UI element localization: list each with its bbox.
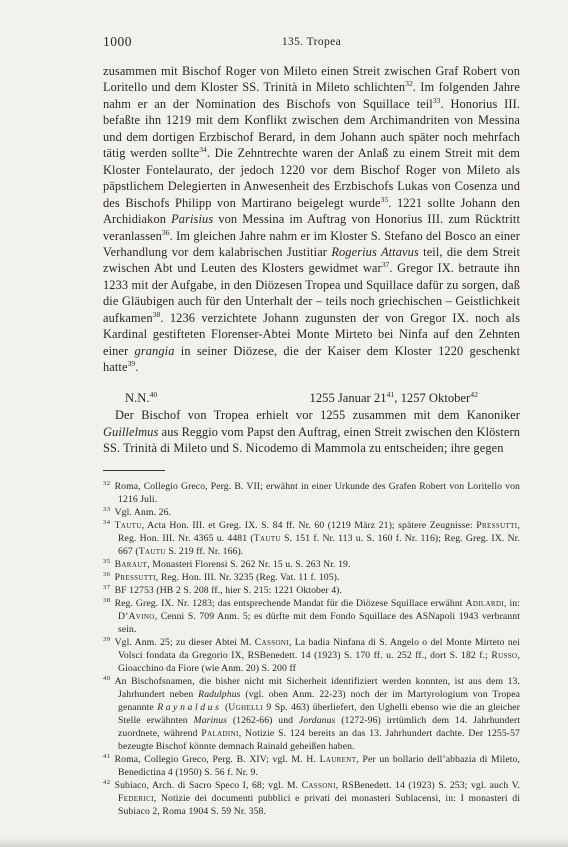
footnote-number: 40	[103, 675, 111, 682]
footnote-number: 34	[103, 519, 111, 526]
footnote-text: BF 12753 (HB 2 S. 208 ff., hier S. 215: …	[115, 585, 342, 596]
page-header: 1000 135. Tropea	[103, 34, 520, 51]
footnote-number: 39	[103, 636, 111, 643]
footnote-number: 41	[103, 753, 111, 760]
footnote: 42Subiaco, Arch. di Sacro Speco I, 68; v…	[103, 779, 520, 818]
footnote-text: Vgl. Anm. 26.	[115, 507, 171, 518]
footnote: 38Reg. Greg. IX. Nr. 1283; das entsprech…	[103, 597, 520, 636]
footnote: 33Vgl. Anm. 26.	[103, 506, 520, 519]
footnote: 35Baraut, Monasteri Florensi S. 262 Nr. …	[103, 558, 520, 571]
footnote: 37BF 12753 (HB 2 S. 208 ff., hier S. 215…	[103, 584, 520, 597]
footnote-number: 37	[103, 584, 111, 591]
bishop-name: N.N.40	[125, 390, 157, 406]
footnote-text: Tautu, Acta Hon. III. et Greg. IX. S. 84…	[115, 520, 523, 557]
footnote-list: 32Roma, Collegio Greco, Perg. B. VII; er…	[103, 480, 520, 818]
footnote-number: 32	[103, 480, 111, 487]
paragraph-bishop-johann: zusammen mit Bischof Roger von Mileto ei…	[103, 63, 520, 376]
footnote-text: Vgl. Anm. 25; zu dieser Abtei M. Cassoni…	[115, 637, 523, 674]
footnote-number: 36	[103, 571, 111, 578]
paragraph-bishop-nn: Der Bischof von Tropea erhielt vor 1255 …	[103, 407, 520, 456]
footnote-text: Roma, Collegio Greco, Perg. B. XIV; vgl.…	[115, 754, 523, 778]
footnote-text: Reg. Greg. IX. Nr. 1283; das entsprechen…	[115, 598, 523, 635]
footnote-text: Baraut, Monasteri Florensi S. 262 Nr. 15…	[115, 559, 351, 570]
text-block: 1000 135. Tropea zusammen mit Bischof Ro…	[103, 34, 520, 818]
footnote-number: 35	[103, 558, 111, 565]
footnote-number: 33	[103, 506, 111, 513]
footnote-separator	[103, 470, 165, 471]
footnote-text: Subiaco, Arch. di Sacro Speco I, 68; vgl…	[115, 780, 523, 817]
running-title: 135. Tropea	[282, 36, 341, 48]
footnote: 36Pressutti, Reg. Hon. III. Nr. 3235 (Re…	[103, 571, 520, 584]
page-number: 1000	[103, 34, 132, 50]
book-page: 1000 135. Tropea zusammen mit Bischof Ro…	[0, 0, 568, 847]
footnote-number: 38	[103, 597, 111, 604]
footnote-text: An Bischofsnamen, die bisher nicht mit S…	[115, 676, 523, 752]
footnote: 32Roma, Collegio Greco, Perg. B. VII; er…	[103, 480, 520, 506]
footnote: 39Vgl. Anm. 25; zu dieser Abtei M. Casso…	[103, 636, 520, 675]
footnote: 40An Bischofsnamen, die bisher nicht mit…	[103, 675, 520, 753]
entry-date-range: 1255 Januar 2141, 1257 Oktober42	[310, 390, 478, 406]
footnote: 41Roma, Collegio Greco, Perg. B. XIV; vg…	[103, 753, 520, 779]
footnote-text: Roma, Collegio Greco, Perg. B. VII; erwä…	[115, 481, 523, 505]
entry-heading: N.N.40 1255 Januar 2141, 1257 Oktober42	[103, 390, 520, 406]
footnote: 34Tautu, Acta Hon. III. et Greg. IX. S. …	[103, 519, 520, 558]
footnote-text: Pressutti, Reg. Hon. III. Nr. 3235 (Reg.…	[115, 572, 340, 583]
footnote-number: 42	[103, 779, 111, 786]
